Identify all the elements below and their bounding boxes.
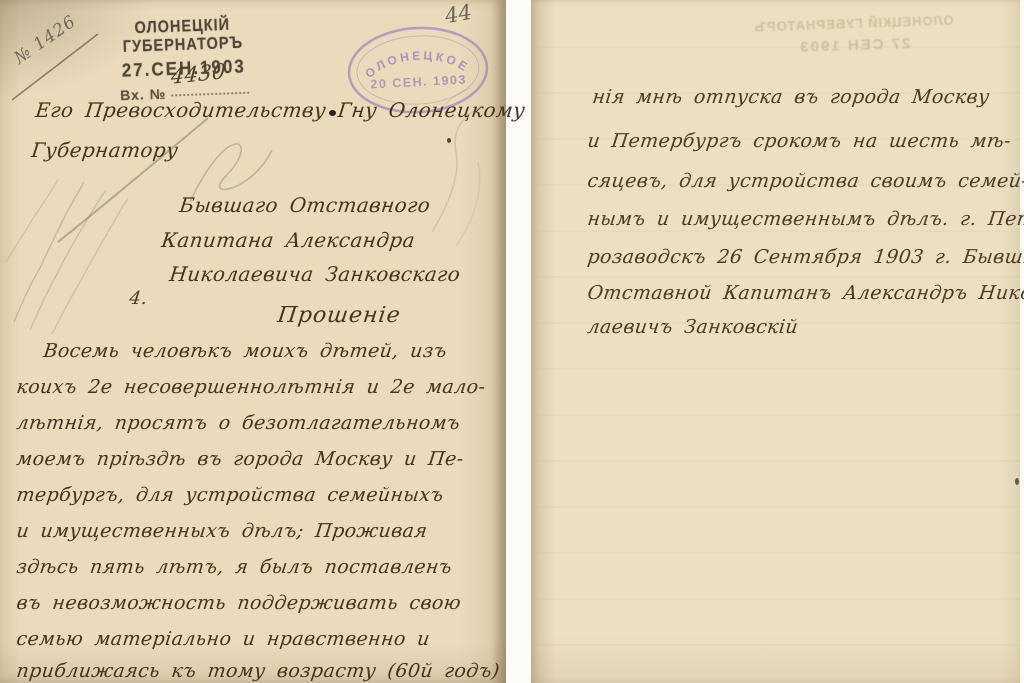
body-line: семью матеріально и нравственно и xyxy=(15,628,431,652)
body-line: въ невозможность поддерживать свою xyxy=(15,592,462,616)
right-page: ОЛОНЕЦКІЙ ГУБЕРНАТОРЪ 27 СЕН 1903 нія мн… xyxy=(531,0,1020,683)
body-line: Восемь человѣкъ моихъ дѣтей, изъ xyxy=(42,340,448,364)
margin-mark: 4. xyxy=(128,288,149,311)
entry-date-stamp: ОЛОНЕЦКІЙ ГУБЕРНАТОРЪ 27.СЕН.1903 Вх. № xyxy=(85,17,283,105)
body-line: Отставной Капитанъ Александръ Нико- xyxy=(586,282,1024,306)
page-number: 44 xyxy=(443,0,473,28)
body-line: здѣсь пять лѣтъ, я былъ поставленъ xyxy=(15,556,453,580)
archival-corner-number: № 1426 xyxy=(11,12,80,69)
petitioner-line: Николаевича Занковскаго xyxy=(168,262,462,287)
bleedthrough-date-line: 27 СЕН 1903 xyxy=(739,33,969,58)
body-line: и имущественныхъ дѣлъ; Проживая xyxy=(15,520,429,544)
address-line: Его Превосходительству Гну Олонецкому xyxy=(34,98,527,123)
body-line: сяцевъ, для устройства своимъ семей- xyxy=(586,170,1024,194)
address-line: Губернатору xyxy=(30,138,180,163)
petition-title: Прошеніе xyxy=(276,302,402,330)
body-line: лѣтнія, просятъ о безотлагательномъ xyxy=(15,412,461,436)
oval-stamp-date: 20 СЕН. 1903 xyxy=(370,73,467,92)
body-line: нымъ и имущественнымъ дѣлъ. г. Пет- xyxy=(586,208,1024,232)
body-line: тербургъ, для устройства семейныхъ xyxy=(15,484,445,508)
body-line: розаводскъ 26 Сентября 1903 г. Бывшій xyxy=(586,246,1024,270)
body-line: лаевичъ Занковскій xyxy=(586,316,799,340)
archival-document-scan: № 1426 ОЛОНЕЦКІЙ ГУБЕРНАТОРЪ 27.СЕН.1903… xyxy=(0,0,1024,683)
body-line: приближаясь къ тому возрасту (60й годъ) xyxy=(15,660,501,683)
body-line: коихъ 2е несовершеннолѣтнія и 2е мало- xyxy=(15,376,487,400)
left-page: № 1426 ОЛОНЕЦКІЙ ГУБЕРНАТОРЪ 27.СЕН.1903… xyxy=(0,0,506,683)
petitioner-line: Капитана Александра xyxy=(160,228,417,253)
entry-stamp-office: ОЛОНЕЦКІЙ ГУБЕРНАТОРЪ xyxy=(85,14,281,58)
paper-speck xyxy=(1015,478,1019,485)
stamp-dotted-line xyxy=(171,92,249,97)
stamp-bleedthrough: ОЛОНЕЦКІЙ ГУБЕРНАТОРЪ 27 СЕН 1903 xyxy=(738,12,969,58)
ink-speck xyxy=(447,138,451,143)
body-line: моемъ пріѣздѣ въ города Москву и Пе- xyxy=(15,448,465,472)
body-line: и Петербургъ срокомъ на шесть мѣ- xyxy=(586,130,1012,154)
body-line: нія мнѣ отпуска въ города Москву xyxy=(591,86,991,110)
petitioner-line: Бывшаго Отставного xyxy=(178,193,432,218)
bleedthrough-office-line: ОЛОНЕЦКІЙ ГУБЕРНАТОРЪ xyxy=(738,12,968,35)
